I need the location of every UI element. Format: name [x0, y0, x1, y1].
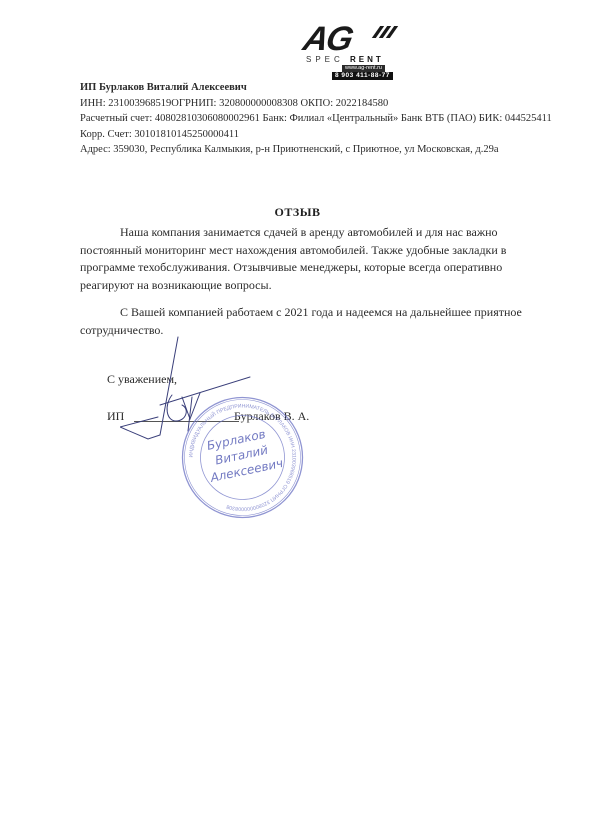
- logo-tagline: SPEC RENT: [306, 55, 384, 64]
- requisites-ids: ИНН: 231003968519ОГРНИП: 320800000008308…: [80, 96, 552, 112]
- letter-body: Наша компания занимается сдачей в аренду…: [80, 224, 535, 349]
- logo-tagline-rent: RENT: [350, 55, 384, 64]
- logo-phone: 8 903 411-88-77: [332, 72, 393, 80]
- logo-website: www.ag-rent.ru: [342, 65, 385, 72]
- requisites-address: Адрес: 359030, Республика Калмыкия, р-н …: [80, 142, 552, 158]
- company-requisites: ИП Бурлаков Виталий Алексеевич ИНН: 2310…: [80, 80, 552, 158]
- requisites-account: Расчетный счет: 40802810306080002961 Бан…: [80, 111, 552, 127]
- requisites-corr-account: Корр. Счет: 30101810145250000411: [80, 127, 552, 143]
- logo-tagline-spec: SPEC: [306, 55, 344, 64]
- company-stamp: ИНДИВИДУАЛЬНЫЙ ПРЕДПРИНИМАТЕЛЬ БУРЛАКОВ …: [180, 395, 305, 520]
- company-logo: AG SPEC RENT www.ag-rent.ru 8 903 411-88…: [300, 22, 410, 80]
- logo-stripes-icon: [372, 26, 398, 38]
- letter-title: ОТЗЫВ: [0, 205, 595, 220]
- letter-paragraph: С Вашей компанией работаем с 2021 года и…: [80, 304, 535, 339]
- letter-paragraph: Наша компания занимается сдачей в аренду…: [80, 224, 535, 294]
- logo-brand: AG: [300, 22, 354, 56]
- requisites-name: ИП Бурлаков Виталий Алексеевич: [80, 80, 552, 96]
